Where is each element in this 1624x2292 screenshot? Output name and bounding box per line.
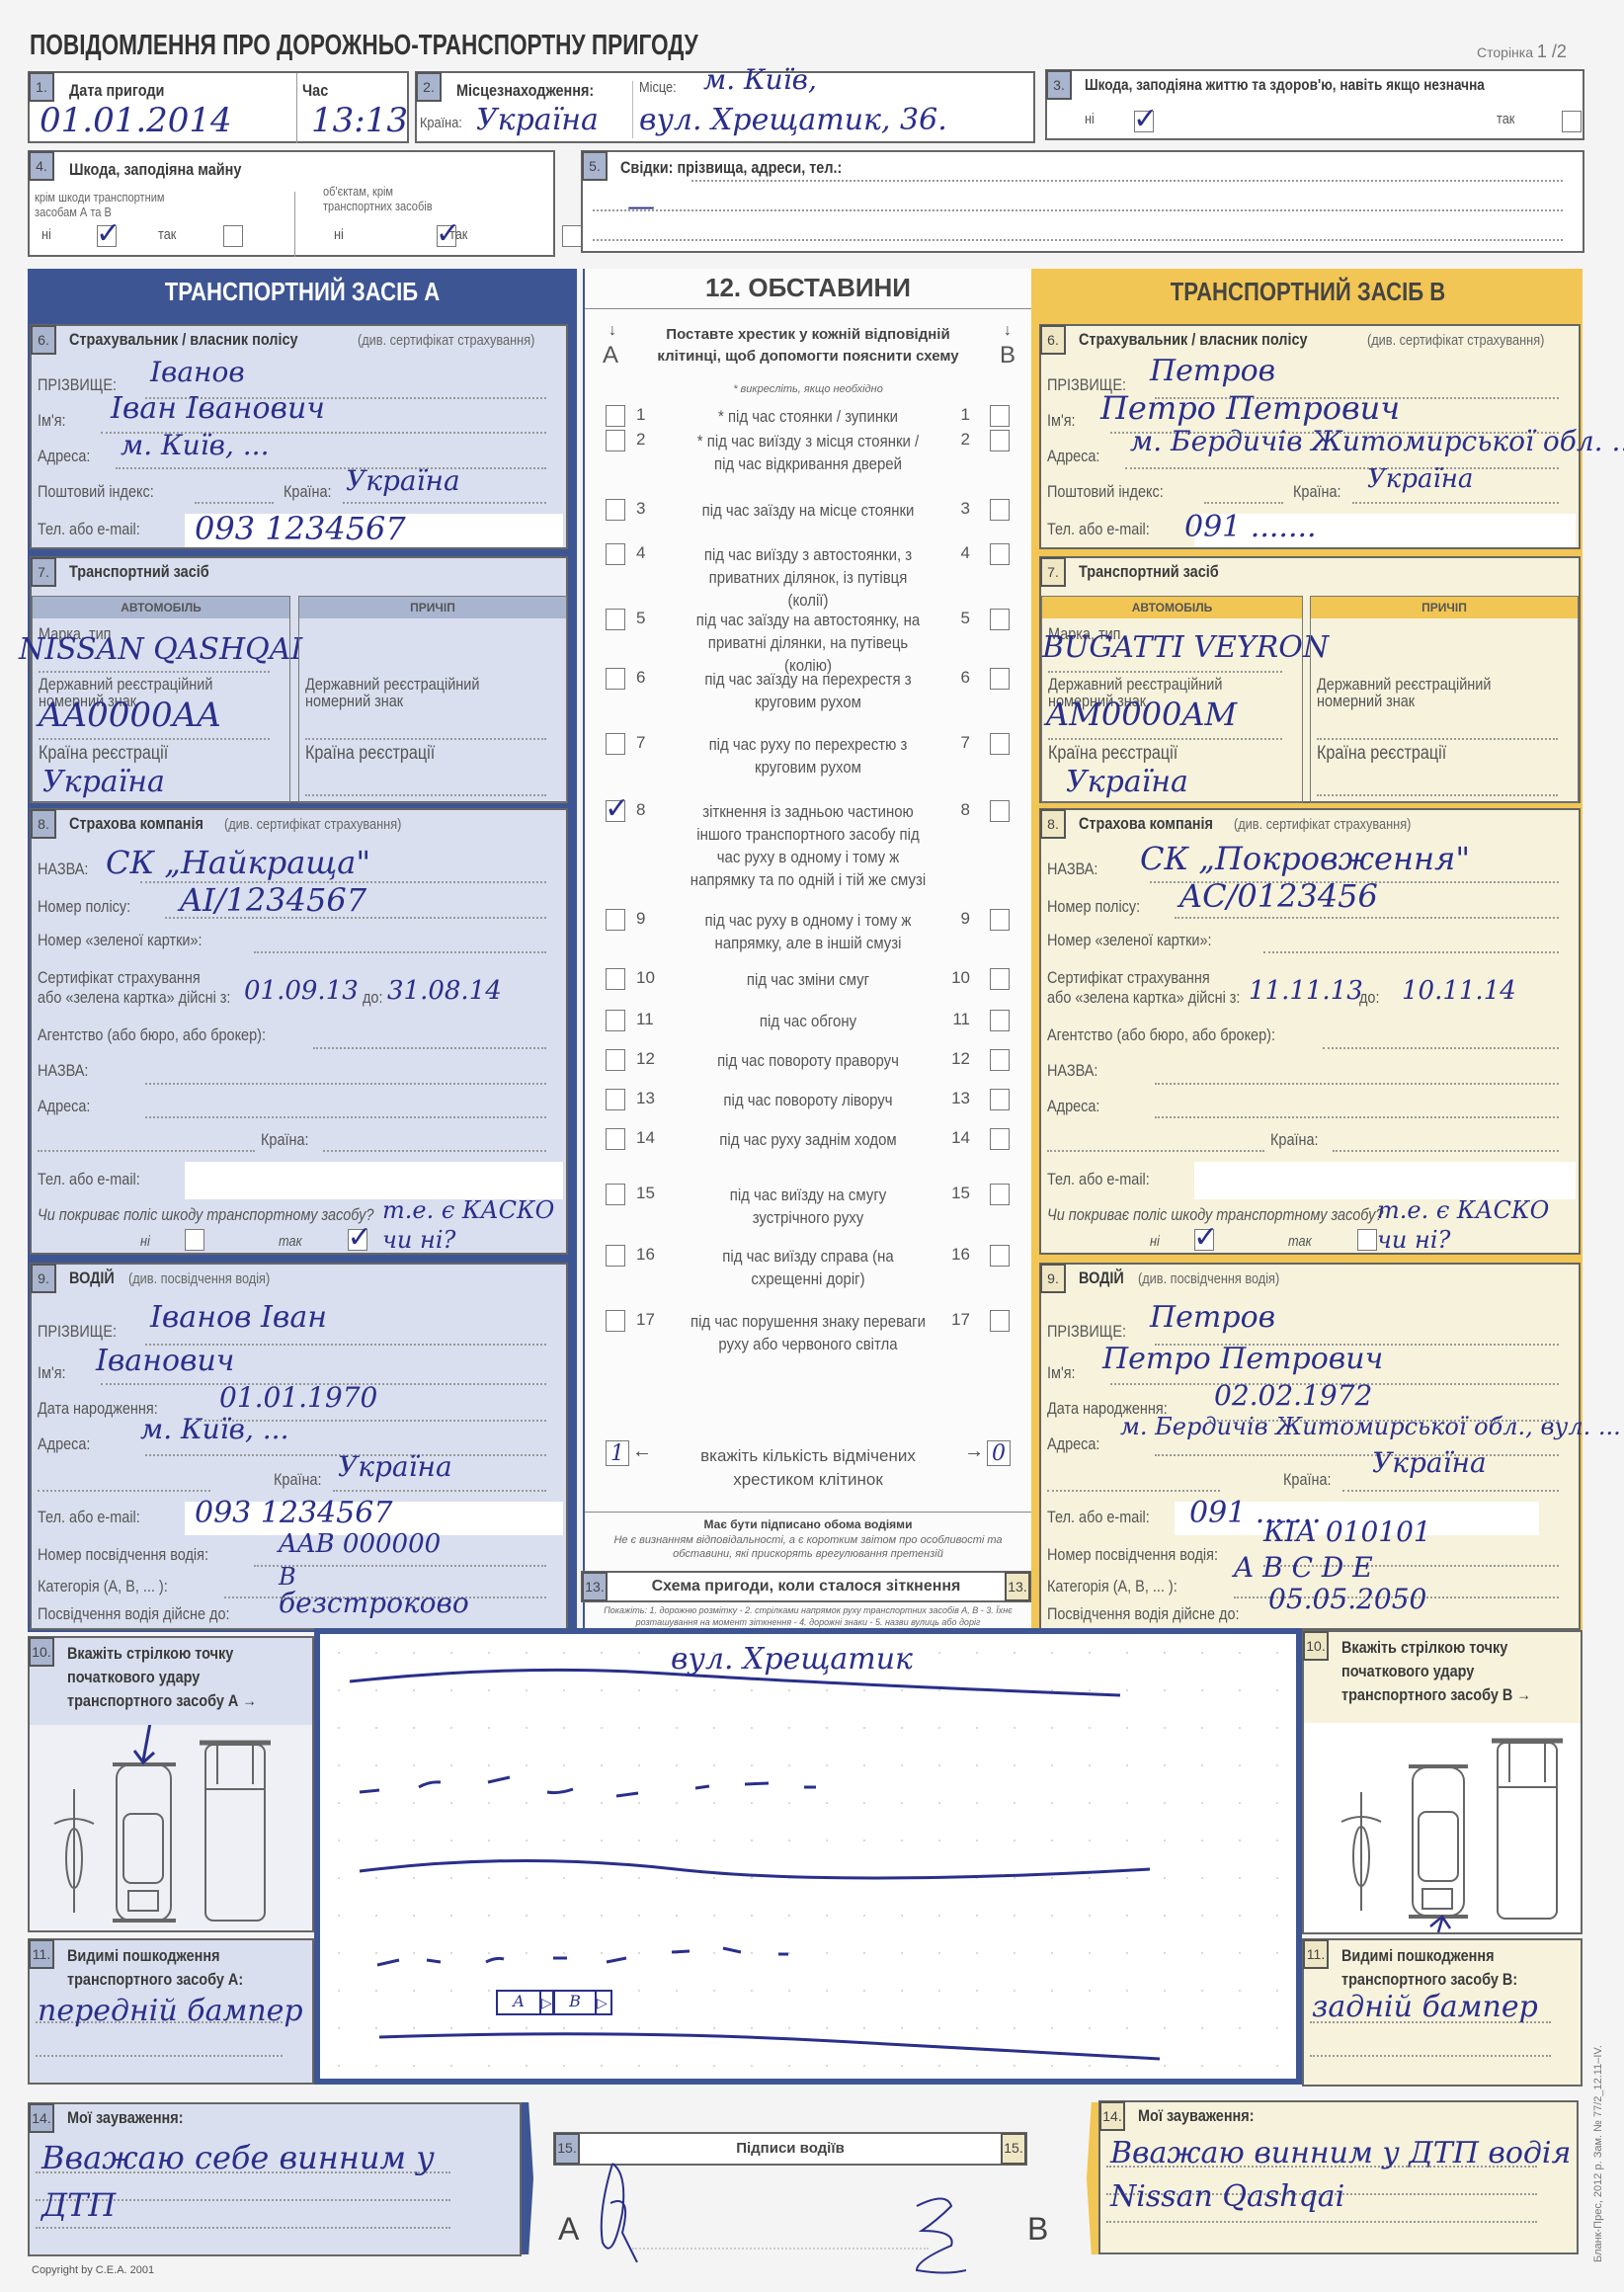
car-b-direction-icon: ▷ — [597, 1992, 610, 2013]
circumstance-number-b: 10 — [951, 968, 970, 988]
circumstance-text: під час виїзду з автостоянки, з приватни… — [690, 543, 926, 612]
vehicle-b-section-10-impact: 10. Вкажіть стрілкою точку початкового у… — [1302, 1630, 1583, 1934]
driver-note: (див. посвідчення водія) — [128, 1270, 270, 1287]
agency-label: Агентство (або бюро, або брокер): — [38, 1025, 266, 1045]
section-7-number: 7. — [31, 557, 56, 587]
reg-country-value[interactable]: Україна — [42, 765, 165, 799]
circumstance-number-a: 3 — [636, 499, 645, 519]
checkmark-icon: ✓ — [1193, 1220, 1218, 1255]
section-10-number: 10. — [29, 1637, 54, 1667]
injury-label: Шкода, заподіяна життю та здоров'ю, наві… — [1085, 77, 1485, 95]
circumstance-a-checkbox[interactable] — [606, 1184, 625, 1205]
plate-value[interactable]: AM0000AM — [1046, 696, 1237, 733]
circumstance-number-a: 1 — [636, 405, 645, 425]
witnesses-label: Свідки: прізвища, адреси, тел.: — [620, 158, 842, 178]
driver-surname-value[interactable]: Петров — [1150, 1300, 1275, 1335]
motorcycle-icon — [54, 1789, 94, 1913]
circumstance-number-b: 11 — [952, 1010, 970, 1029]
driver-name-label: Ім'я: — [1047, 1363, 1076, 1383]
arrow-right-icon: → — [964, 1440, 984, 1463]
circumstance-a-checkbox[interactable] — [606, 668, 625, 690]
vehicle-b-section-8-insurer: 8. Страхова компанія (див. сертифікат ст… — [1039, 808, 1581, 1255]
section-3-number: 3. — [1046, 70, 1072, 100]
signature-a[interactable] — [583, 2154, 642, 2262]
valid-until-value[interactable]: безстроково — [279, 1587, 469, 1619]
section-14-number: 14. — [29, 2103, 54, 2133]
count-a-value: 1 — [610, 1441, 624, 1466]
make-value[interactable]: BUGATTI VEYRON — [1042, 630, 1329, 665]
driver-title: ВОДІЙ — [1079, 1269, 1124, 1288]
category-value[interactable]: A B C D E — [1234, 1551, 1373, 1584]
valid-until-value[interactable]: 05.05.2050 — [1268, 1583, 1426, 1615]
section-11-number: 11. — [1303, 1939, 1329, 1969]
date-value[interactable]: 01.01.2014 — [40, 101, 232, 140]
divider-b — [1087, 2102, 1098, 2254]
plate-value[interactable]: AA0000AA — [39, 696, 221, 735]
valid-from-value[interactable]: 11.11.13 — [1249, 976, 1363, 1006]
circumstance-text: під час порушення знаку переваги руху аб… — [690, 1310, 926, 1355]
circumstance-b-checkbox[interactable] — [990, 405, 1010, 427]
truck-icon — [1492, 1741, 1563, 1919]
reg-country-label: Країна реєстрації — [39, 743, 168, 765]
holder-title: Страхувальник / власник полісу — [1079, 330, 1308, 350]
insurer-name-label: НАЗВА: — [38, 859, 88, 879]
driver-phone-value[interactable]: 093 1234567 — [195, 1496, 392, 1530]
circumstance-b-checkbox[interactable] — [990, 1184, 1010, 1205]
valid-to-value[interactable]: 31.08.14 — [387, 976, 502, 1006]
injury-no-label: ні — [1085, 111, 1095, 127]
signature-a-label: A — [558, 2211, 579, 2248]
circumstance-b-checkbox[interactable] — [990, 609, 1010, 630]
section-2-location: 2. Місцезнаходження: Країна: Україна Міс… — [415, 71, 1035, 143]
property-col2-label: об'єктам, крім транспортних засобів — [323, 184, 457, 213]
holder-address-label: Адреса: — [38, 447, 90, 466]
trailer-header: ПРИЧІП — [1311, 597, 1578, 618]
circumstance-number-b: 6 — [961, 668, 970, 688]
circumstance-b-checkbox[interactable] — [990, 1049, 1010, 1071]
country-value[interactable]: Україна — [476, 103, 599, 137]
section-8-number: 8. — [1040, 809, 1066, 839]
circumstance-a-checkbox[interactable] — [606, 405, 625, 427]
agency-address-label: Адреса: — [38, 1097, 90, 1116]
car-a-marker: A — [498, 1992, 541, 2013]
circumstance-text: під час заїзду на місце стоянки — [690, 499, 926, 522]
cover-no-checkbox[interactable]: ✓ — [1194, 1229, 1214, 1251]
vehicle-a-section-11-damage: 11. Видимі пошкодження транспортного зас… — [28, 1938, 314, 2085]
trailer-country-label: Країна реєстрації — [305, 743, 435, 765]
car-header: АВТОМОБІЛЬ — [33, 597, 289, 618]
holder-surname-value[interactable]: Іванов — [150, 356, 245, 388]
car-a-direction-icon: ▷ — [541, 1992, 555, 2013]
circumstance-text: * під час стоянки / зупинки — [690, 405, 926, 428]
cover-yes-checkbox[interactable] — [1357, 1229, 1377, 1251]
circumstance-a-checkbox[interactable]: ✓ — [606, 800, 625, 822]
holder-address-label: Адреса: — [1047, 447, 1099, 466]
holder-country-value[interactable]: Україна — [346, 464, 460, 497]
cover-yes-checkbox[interactable]: ✓ — [348, 1229, 367, 1251]
holder-address-value[interactable]: м. Бердичів Житомирської обл. ... — [1130, 425, 1624, 457]
holder-postcode-label: Поштовий індекс: — [38, 482, 154, 502]
driver-address-value[interactable]: м. Бердичів Житомирської обл., вул. ... — [1120, 1413, 1621, 1440]
trailer-plate-label: Державний реєстраційний номерний знак — [305, 676, 499, 709]
cover-no-label: ні — [140, 1233, 150, 1250]
country-label: Країна: — [420, 115, 462, 131]
circumstance-a-checkbox[interactable] — [606, 1310, 625, 1332]
circumstance-a-checkbox[interactable] — [606, 609, 625, 630]
holder-name-value[interactable]: Петро Петрович — [1100, 389, 1400, 427]
circumstance-number-b: 15 — [951, 1184, 970, 1203]
vehicle-diagrams — [30, 1725, 312, 1930]
policy-no-value[interactable]: AI/1234567 — [180, 881, 366, 919]
trailer-country-label: Країна реєстрації — [1317, 743, 1446, 765]
holder-title: Страхувальник / власник полісу — [69, 330, 298, 350]
cover-no-checkbox[interactable] — [185, 1229, 204, 1251]
circumstance-number-a: 2 — [636, 430, 645, 450]
circumstance-b-checkbox[interactable] — [990, 968, 1010, 990]
form-title: ПОВІДОМЛЕННЯ ПРО ДОРОЖНЬО-ТРАНСПОРТНУ ПР… — [30, 30, 698, 62]
cert-label-1: Сертифікат страхування — [1047, 968, 1210, 988]
circumstance-number-a: 4 — [636, 543, 645, 563]
date-label: Дата пригоди — [69, 81, 164, 101]
vehicle-a-section-7-vehicle: 7. Транспортний засіб АВТОМОБІЛЬ Марка, … — [30, 556, 568, 803]
driver-name-label: Ім'я: — [38, 1363, 66, 1383]
section-4-number: 4. — [29, 151, 54, 181]
circumstance-a-checkbox[interactable] — [606, 499, 625, 521]
driver-phone-label: Тел. або e-mail: — [38, 1508, 140, 1527]
injury-yes-checkbox[interactable] — [1562, 111, 1582, 132]
count-b-value: 0 — [992, 1441, 1006, 1466]
driver-surname-value[interactable]: Іванов Іван — [150, 1300, 327, 1335]
vehicle-a-section-14-remarks: 14. Мої зауваження: Вважаю себе винним у… — [28, 2102, 522, 2256]
make-value[interactable]: NISSAN QASHQAI — [19, 632, 302, 667]
driver-name-value[interactable]: Петро Петрович — [1102, 1342, 1383, 1376]
trailer-subsection: ПРИЧІП Державний реєстраційний номерний … — [298, 596, 567, 803]
circumstance-number-b: 7 — [961, 733, 970, 753]
insurer-title: Страхова компанія — [1079, 814, 1213, 834]
circumstance-b-checkbox[interactable] — [990, 668, 1010, 690]
driver-note: (див. посвідчення водія) — [1138, 1270, 1279, 1287]
category-label: Категорія (A, B, ... ): — [1047, 1577, 1177, 1596]
circumstance-text: під час руху в одному і тому ж напрямку,… — [690, 909, 926, 954]
circumstance-b-checkbox[interactable] — [990, 733, 1010, 755]
circumstance-text: під час заїзду на автостоянку, на приват… — [690, 609, 926, 677]
sketch-number-b: 13. — [1005, 1572, 1030, 1601]
circumstance-text: * під час виїзду з місця стоянки / під ч… — [690, 430, 926, 475]
section-8-number: 8. — [31, 809, 56, 839]
reg-country-value[interactable]: Україна — [1066, 765, 1188, 799]
vehicle-b-section-6-holder: 6. Страхувальник / власник полісу (див. … — [1039, 324, 1581, 549]
driver-name-value[interactable]: Іванович — [96, 1344, 234, 1378]
valid-from-value[interactable]: 01.09.13 — [244, 976, 359, 1006]
valid-to-value[interactable]: 10.11.14 — [1402, 976, 1516, 1006]
circumstance-a-checkbox[interactable] — [606, 430, 625, 451]
section-4-property-damage: 4. Шкода, заподіяна майну крім шкоди тра… — [28, 150, 555, 257]
holder-phone-value[interactable]: 093 1234567 — [195, 510, 406, 547]
circumstance-number-a: 16 — [636, 1245, 655, 1265]
insurer-name-value[interactable]: СК „Покровження" — [1140, 840, 1470, 877]
section-6-number: 6. — [31, 325, 56, 355]
injury-no-checkbox[interactable]: ✓ — [1134, 111, 1154, 132]
col1-yes-checkbox[interactable] — [223, 225, 243, 247]
vehicle-diagrams — [1304, 1723, 1581, 1932]
circumstance-b-checkbox[interactable] — [990, 430, 1010, 451]
count-a-box[interactable]: 1 — [606, 1440, 629, 1466]
valid-until-label: Посвідчення водія дійсне до: — [38, 1604, 230, 1624]
circumstance-b-checkbox[interactable] — [990, 543, 1010, 565]
policy-no-value[interactable]: AC/0123456 — [1179, 877, 1378, 915]
category-label: Категорія (A, B, ... ): — [38, 1577, 168, 1596]
circumstance-number-a: 11 — [636, 1010, 654, 1029]
circumstance-number-a: 8 — [636, 800, 645, 820]
circumstances-title: 12. ОБСТАВИНИ — [585, 273, 1031, 303]
holder-surname-value[interactable]: Петров — [1150, 354, 1275, 388]
section-9-number: 9. — [1040, 1264, 1066, 1293]
vehicle-b-section-11-damage: 11. Видимі пошкодження транспортного зас… — [1302, 1938, 1583, 2087]
licence-no-label: Номер посвідчення водія: — [38, 1545, 208, 1565]
holder-phone-label: Тел. або e-mail: — [38, 520, 140, 539]
circumstance-b-checkbox[interactable] — [990, 1128, 1010, 1150]
section-1-date-time: 1. Дата пригоди Час 01.01.2014 13:13 — [28, 71, 409, 143]
motorcycle-icon — [1341, 1792, 1381, 1911]
agency-country-label: Країна: — [1270, 1130, 1319, 1150]
agency-name-label: НАЗВА: — [38, 1061, 88, 1081]
impact-arrow-icon — [134, 1725, 154, 1762]
driver-country-value[interactable]: Україна — [338, 1450, 452, 1483]
reg-country-label: Країна реєстрації — [1048, 743, 1177, 765]
col2-yes-label: так — [449, 226, 467, 243]
car-subsection: АВТОМОБІЛЬ Марка, тип BUGATTI VEYRON Дер… — [1041, 596, 1303, 803]
circumstance-b-checkbox[interactable] — [990, 1310, 1010, 1332]
circumstance-a-checkbox[interactable] — [606, 968, 625, 990]
col2-no-label: ні — [334, 226, 344, 243]
circumstance-text: під час обгону — [690, 1010, 926, 1032]
divider-a — [522, 2102, 533, 2254]
section-2-number: 2. — [416, 72, 442, 102]
remarks-value[interactable]: Вважаю себе винним у ДТП — [41, 2134, 516, 2229]
circumstance-text: під час зміни смуг — [690, 968, 926, 991]
driver-country-label: Країна: — [274, 1470, 322, 1490]
section-7-number: 7. — [1040, 557, 1066, 587]
circumstance-number-a: 10 — [636, 968, 655, 988]
remarks-title: Мої зауваження: — [1138, 2106, 1255, 2126]
circumstance-number-b: 4 — [961, 543, 970, 563]
circumstances-panel: 12. ОБСТАВИНИ ↓ А ↓ В Поставте хрестик у… — [583, 269, 1033, 1632]
insurer-note: (див. сертифікат страхування) — [224, 816, 401, 833]
holder-country-value[interactable]: Україна — [1367, 464, 1473, 494]
checkmark-icon: ✓ — [96, 216, 121, 251]
holder-name-value[interactable]: Іван Іванович — [111, 391, 325, 426]
copyright: Copyright by C.E.A. 2001 — [32, 2264, 154, 2276]
time-value[interactable]: 13:13 — [311, 101, 408, 140]
damage-title: Видимі пошкодження транспортного засобу … — [67, 1944, 269, 1992]
holder-postcode-label: Поштовий індекс: — [1047, 482, 1164, 502]
section-6-number: 6. — [1040, 325, 1066, 355]
cert-to-label: до: — [1359, 988, 1379, 1008]
col1-yes-label: так — [158, 226, 176, 243]
sign-title: Має бути підписано обома водіями — [585, 1517, 1031, 1531]
sketch-area[interactable]: вул. Хрещатик A ▷ B ▷ — [314, 1628, 1302, 2085]
signature-b-label: B — [1027, 2211, 1048, 2248]
damage-title: Видимі пошкодження транспортного засобу … — [1341, 1944, 1543, 1992]
vehicle-a-header: ТРАНСПОРТНИЙ ЗАСІБ А — [69, 277, 536, 307]
driver-address-label: Адреса: — [38, 1434, 90, 1454]
arrow-down-a-icon: ↓ — [609, 322, 616, 340]
licence-no-label: Номер посвідчення водія: — [1047, 1545, 1218, 1565]
col1-no-label: ні — [41, 226, 51, 243]
circumstances-note: * викресліть, якщо необхідно — [585, 383, 1031, 395]
section-9-number: 9. — [31, 1264, 56, 1293]
driver-address-value[interactable]: м. Київ, ... — [140, 1413, 288, 1445]
circumstance-text: під час руху по перехрестю з круговим ру… — [690, 733, 926, 778]
arrow-down-b-icon: ↓ — [1004, 322, 1012, 340]
collision-position: A ▷ B ▷ — [496, 1990, 612, 2015]
agency-country-label: Країна: — [261, 1130, 309, 1150]
checkmark-icon: ✓ — [347, 1220, 371, 1255]
time-label: Час — [302, 81, 328, 101]
circumstance-b-checkbox[interactable] — [990, 1245, 1010, 1267]
circumstance-a-checkbox[interactable] — [606, 1089, 625, 1110]
checkmark-icon: ✓ — [605, 791, 629, 826]
damage-value[interactable]: передній бампер — [38, 1994, 304, 2029]
cover-yes-label: так — [1288, 1233, 1312, 1250]
cover-yes-label: так — [279, 1233, 302, 1250]
place-label: Місце: — [639, 79, 677, 96]
circumstance-number-b: 17 — [951, 1310, 970, 1330]
driver-country-value[interactable]: Україна — [1372, 1446, 1487, 1479]
circumstance-number-b: 9 — [961, 909, 970, 929]
circumstance-b-checkbox[interactable] — [990, 800, 1010, 822]
driver-address-label: Адреса: — [1047, 1434, 1099, 1454]
circumstance-a-checkbox[interactable] — [606, 1049, 625, 1071]
signature-number-a: 15. — [554, 2133, 580, 2165]
holder-country-label: Країна: — [1293, 482, 1341, 502]
circumstance-a-checkbox[interactable] — [606, 909, 625, 931]
witnesses-value[interactable]: — — [627, 190, 655, 222]
circumstance-text: під час руху заднім ходом — [690, 1128, 926, 1151]
sketch-header: 13. Схема пригоди, коли сталося зіткненн… — [581, 1571, 1031, 1602]
circumstance-number-a: 15 — [636, 1184, 655, 1203]
trailer-subsection: ПРИЧІП Державний реєстраційний номерний … — [1310, 596, 1579, 803]
property-col1-label: крім шкоди транспортним засобам А та В — [35, 190, 203, 219]
cert-label-2: або «зелена картка» дійсні з: — [38, 988, 230, 1008]
circumstance-a-checkbox[interactable] — [606, 1128, 625, 1150]
circumstance-text: під час виїзду справа (на схрещенні дорі… — [690, 1245, 926, 1290]
col1-no-checkbox[interactable]: ✓ — [97, 225, 117, 247]
circumstance-b-checkbox[interactable] — [990, 499, 1010, 521]
truck-icon — [200, 1743, 271, 1921]
printer-info: Бланк-Прес, 2012 р. Зам. № 77/2_12.11–IV… — [1592, 2045, 1604, 2262]
signature-b[interactable] — [907, 2191, 966, 2280]
circumstance-text: під час повороту праворуч — [690, 1049, 926, 1072]
cover-question: Чи покриває поліс шкоду транспортному за… — [38, 1205, 373, 1225]
cert-to-label: до: — [363, 988, 382, 1008]
impact-title: Вкажіть стрілкою точку початкового удару… — [67, 1642, 269, 1713]
section-14-number: 14. — [1099, 2101, 1125, 2131]
property-damage-label: Шкода, заподіяна майну — [69, 160, 241, 180]
driver-title: ВОДІЙ — [69, 1269, 115, 1288]
section-5-witnesses: 5. Свідки: прізвища, адреси, тел.: — — [581, 150, 1584, 253]
car-b-marker: B — [555, 1992, 597, 2013]
licence-no-value[interactable]: КІА 010101 — [1263, 1515, 1431, 1548]
circumstance-number-a: 9 — [636, 909, 645, 929]
col-a-label: А — [603, 342, 618, 369]
cover-note: т.е. є КАСКО чи ні? — [382, 1195, 570, 1255]
driver-surname-label: ПРІЗВИЩЕ: — [1047, 1322, 1126, 1342]
section-10-number: 10. — [1303, 1631, 1329, 1661]
circumstance-a-checkbox[interactable] — [606, 1010, 625, 1031]
circumstance-number-b: 5 — [961, 609, 970, 628]
section-1-number: 1. — [29, 72, 54, 102]
vehicle-a-section-10-impact: 10. Вкажіть стрілкою точку початкового у… — [28, 1636, 314, 1932]
col2-yes-checkbox[interactable] — [562, 225, 582, 247]
sign-note: Не є визнанням відповідальності, а є кор… — [605, 1533, 1012, 1561]
section-11-number: 11. — [29, 1939, 54, 1969]
insurer-phone-label: Тел. або e-mail: — [1047, 1170, 1150, 1189]
insurer-name-value[interactable]: СК „Найкраща" — [106, 844, 370, 881]
circumstance-number-a: 12 — [636, 1049, 655, 1069]
driver-surname-label: ПРІЗВИЩЕ: — [38, 1322, 117, 1342]
damage-value[interactable]: задній бампер — [1312, 1990, 1569, 2025]
remarks-value[interactable]: Вважаю винним у ДТП водія Nissan Qashqai — [1110, 2132, 1575, 2219]
place-value-city[interactable]: м. Київ, — [703, 63, 817, 96]
vehicle-a-section-6-holder: 6. Страхувальник / власник полісу (див. … — [30, 324, 568, 549]
driver-dob-value[interactable]: 02.02.1972 — [1214, 1379, 1372, 1412]
count-b-box[interactable]: 0 — [987, 1440, 1011, 1466]
vehicle-b-header: ТРАНСПОРТНИЙ ЗАСІБ В — [1075, 277, 1542, 307]
cover-no-label: ні — [1150, 1233, 1160, 1250]
vehicle-b-section-14-remarks: 14. Мої зауваження: Вважаю винним у ДТП … — [1098, 2100, 1579, 2254]
driver-country-label: Країна: — [1283, 1470, 1332, 1490]
holder-name-label: Ім'я: — [38, 411, 66, 431]
valid-until-label: Посвідчення водія дійсне до: — [1047, 1604, 1240, 1624]
driver-dob-value[interactable]: 01.01.1970 — [219, 1381, 377, 1414]
circumstance-number-b: 8 — [961, 800, 970, 820]
holder-note: (див. сертифікат страхування) — [358, 332, 534, 349]
signature-number-b: 15. — [1001, 2133, 1026, 2165]
circumstance-a-checkbox[interactable] — [606, 1245, 625, 1267]
insurer-note: (див. сертифікат страхування) — [1234, 816, 1411, 833]
circumstance-number-a: 5 — [636, 609, 645, 628]
circumstance-b-checkbox[interactable] — [990, 1010, 1010, 1031]
circumstance-number-a: 6 — [636, 668, 645, 688]
holder-surname-label: ПРІЗВИЩЕ: — [38, 375, 117, 395]
sketch-number-a: 13. — [582, 1572, 608, 1601]
impact-arrow-icon — [1430, 1917, 1450, 1932]
car-icon — [1409, 1766, 1468, 1917]
cert-label-1: Сертифікат страхування — [38, 968, 201, 988]
page-value: 1 /2 — [1537, 41, 1567, 61]
vehicle-title: Транспортний засіб — [69, 562, 209, 582]
location-label: Місцезнаходження: — [456, 81, 594, 101]
insurer-phone-label: Тел. або e-mail: — [38, 1170, 140, 1189]
holder-address-value[interactable]: м. Київ, ... — [121, 429, 269, 461]
circumstance-a-checkbox[interactable] — [606, 733, 625, 755]
holder-phone-value[interactable]: 091 ....... — [1184, 510, 1317, 544]
section-3-injury: 3. Шкода, заподіяна життю та здоров'ю, н… — [1045, 69, 1584, 140]
circumstance-number-a: 7 — [636, 733, 645, 753]
policy-no-label: Номер полісу: — [38, 897, 130, 917]
circumstance-b-checkbox[interactable] — [990, 1089, 1010, 1110]
circumstance-a-checkbox[interactable] — [606, 543, 625, 565]
circumstance-number-b: 1 — [961, 405, 970, 425]
place-value-street[interactable]: вул. Хрещатик, 36. — [639, 103, 947, 137]
licence-no-value[interactable]: AAB 000000 — [279, 1529, 441, 1559]
signatures-title: Підписи водіїв — [589, 2140, 992, 2157]
circumstance-b-checkbox[interactable] — [990, 909, 1010, 931]
vehicle-title: Транспортний засіб — [1079, 562, 1219, 582]
driver-phone-label: Тел. або e-mail: — [1047, 1508, 1150, 1527]
circumstance-number-a: 13 — [636, 1089, 655, 1108]
